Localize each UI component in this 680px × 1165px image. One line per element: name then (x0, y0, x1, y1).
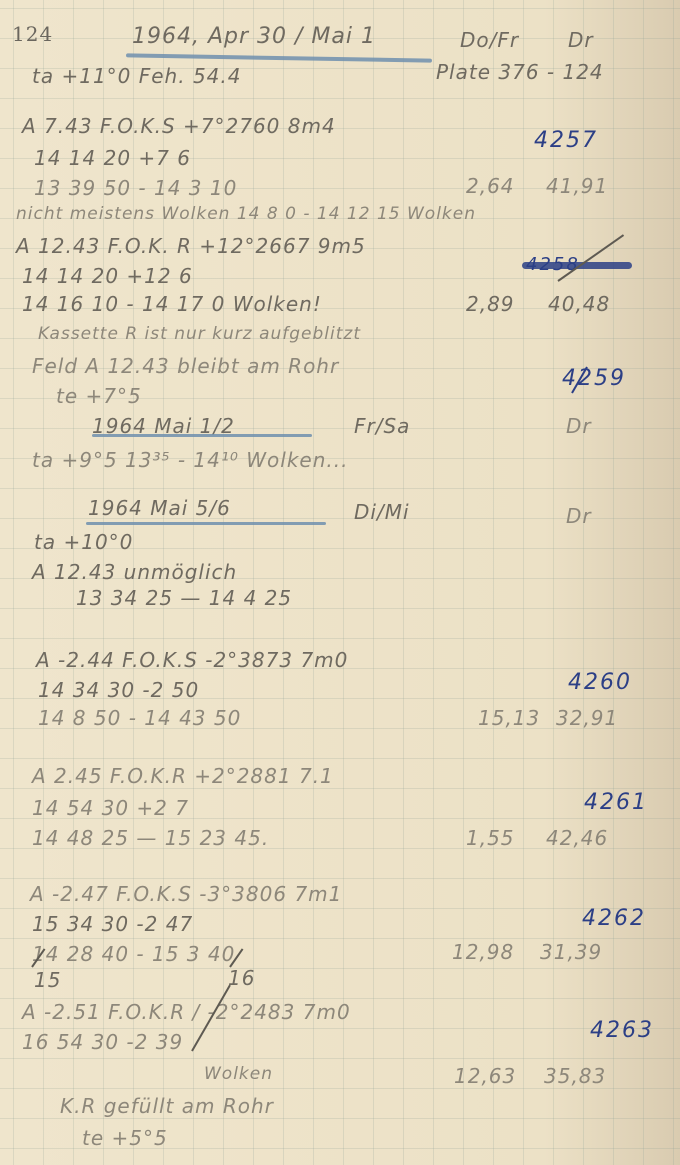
plate-number: 4259 (562, 366, 626, 391)
observer-initials: Dr (568, 28, 594, 52)
observation-start: 15 34 30 -2 47 (32, 912, 193, 936)
temperature-note: te +7°5 (56, 384, 142, 408)
observer-initials: Dr (566, 504, 592, 528)
value-1: 12,63 (454, 1064, 516, 1088)
observation-header: A -2.47 F.O.K.S -3°3806 7m1 (30, 882, 342, 906)
value-2: 35,83 (544, 1064, 606, 1088)
observation-note: Kassette R ist nur kurz aufgeblitzt (38, 324, 361, 344)
session-date: 1964 Mai 5/6 (88, 496, 231, 520)
observation-end: 14 28 40 - 15 3 40 (32, 942, 235, 966)
session-conditions: ta +9°5 13³⁵ - 14¹⁰ Wolken... (32, 448, 348, 472)
plate-number: 4260 (568, 670, 632, 695)
session-date: 1964, Apr 30 / Mai 1 (132, 24, 376, 49)
observation-header: A 7.43 F.O.K.S +7°2760 8m4 (22, 114, 336, 138)
observation-start: 14 14 20 +12 6 (22, 264, 193, 288)
observation-note: Wolken (204, 1064, 273, 1084)
observation-header: A 2.45 F.O.K.R +2°2881 7.1 (32, 764, 334, 788)
session-weekday: Fr/Sa (354, 414, 410, 438)
observation-start: 14 34 30 -2 50 (38, 678, 199, 702)
closing-temperature: te +5°5 (82, 1126, 168, 1150)
observation-end: 13 39 50 - 14 3 10 (34, 176, 237, 200)
observation-header: A -2.51 F.O.K.R / -2°2483 7m0 (22, 1000, 351, 1024)
notebook-page: 124 1964, Apr 30 / Mai 1 Do/Fr Dr ta +11… (0, 0, 680, 1165)
page-number: 124 (12, 22, 53, 46)
observation-end: 14 48 25 — 15 23 45. (32, 826, 269, 850)
closing-note: K.R gefüllt am Rohr (60, 1094, 274, 1118)
plate-range: Plate 376 - 124 (436, 60, 604, 84)
observation-end: 13 34 25 — 14 4 25 (76, 586, 292, 610)
observation-start: 14 54 30 +2 7 (32, 796, 189, 820)
date-underline (126, 53, 432, 62)
value-1: 2,89 (466, 292, 515, 316)
value-1: 1,55 (466, 826, 515, 850)
date-underline (92, 434, 312, 437)
session-conditions: ta +11°0 Feh. 54.4 (32, 64, 241, 88)
date-underline (86, 522, 326, 525)
plate-number: 4261 (584, 790, 648, 815)
observation-header: A 12.43 unmöglich (32, 560, 237, 584)
observation-start: 16 54 30 -2 39 (22, 1030, 183, 1054)
plate-number: 4262 (582, 906, 646, 931)
plate-number: 4257 (534, 128, 598, 153)
value-2: 32,91 (556, 706, 618, 730)
observation-header: A 12.43 F.O.K. R +12°2667 9m5 (16, 234, 366, 258)
observation-note: nicht meistens Wolken 14 8 0 - 14 12 15 … (16, 204, 476, 224)
value-2: 31,39 (540, 940, 602, 964)
session-weekday: Do/Fr (460, 28, 519, 52)
value-1: 12,98 (452, 940, 514, 964)
session-conditions: ta +10°0 (34, 530, 133, 554)
value-2: 41,91 (546, 174, 608, 198)
observation-start: 14 14 20 +7 6 (34, 146, 191, 170)
observation-end: 14 8 50 - 14 43 50 (38, 706, 241, 730)
observation-header: A -2.44 F.O.K.S -2°3873 7m0 (36, 648, 348, 672)
session-weekday: Di/Mi (354, 500, 410, 524)
value-1: 15,13 (478, 706, 540, 730)
observer-initials: Dr (566, 414, 592, 438)
hour-correction: 15 (34, 968, 61, 992)
observation-header: Feld A 12.43 bleibt am Rohr (32, 354, 339, 378)
plate-number: 4263 (590, 1018, 654, 1043)
observation-end: 14 16 10 - 14 17 0 Wolken! (22, 292, 322, 316)
value-2: 42,46 (546, 826, 608, 850)
value-2: 40,48 (548, 292, 610, 316)
hour-correction: 16 (228, 966, 255, 990)
value-1: 2,64 (466, 174, 515, 198)
